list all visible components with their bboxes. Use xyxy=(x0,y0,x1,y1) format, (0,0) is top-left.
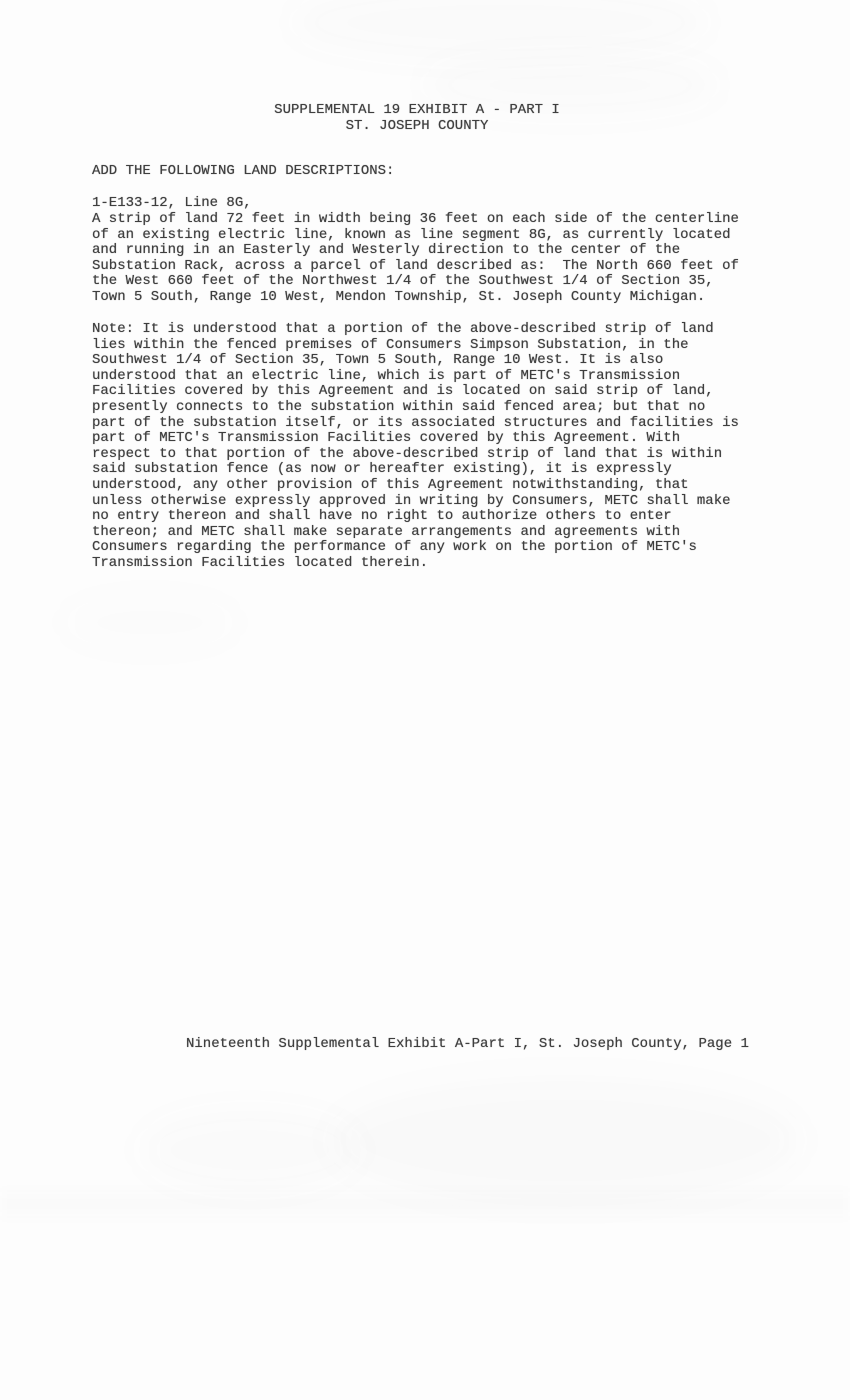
document-header: SUPPLEMENTAL 19 EXHIBIT A - PART I ST. J… xyxy=(92,103,742,134)
scan-noise xyxy=(290,0,710,60)
section-heading: ADD THE FOLLOWING LAND DESCRIPTIONS: xyxy=(92,164,394,180)
parcel-id-line: 1-E133-12, Line 8G, xyxy=(92,196,252,212)
land-description-paragraph: A strip of land 72 feet in width being 3… xyxy=(92,212,739,306)
scan-noise xyxy=(60,595,240,650)
scan-noise xyxy=(140,1110,360,1190)
header-title-line2: ST. JOSEPH COUNTY xyxy=(92,119,742,135)
scan-noise-band xyxy=(0,1192,850,1216)
note-paragraph: Note: It is understood that a portion of… xyxy=(92,322,739,572)
page-footer: Nineteenth Supplemental Exhibit A-Part I… xyxy=(186,1037,749,1053)
scanned-document-page: SUPPLEMENTAL 19 EXHIBIT A - PART I ST. J… xyxy=(0,0,850,1400)
scan-noise xyxy=(330,1078,800,1203)
header-title-line1: SUPPLEMENTAL 19 EXHIBIT A - PART I xyxy=(92,103,742,119)
